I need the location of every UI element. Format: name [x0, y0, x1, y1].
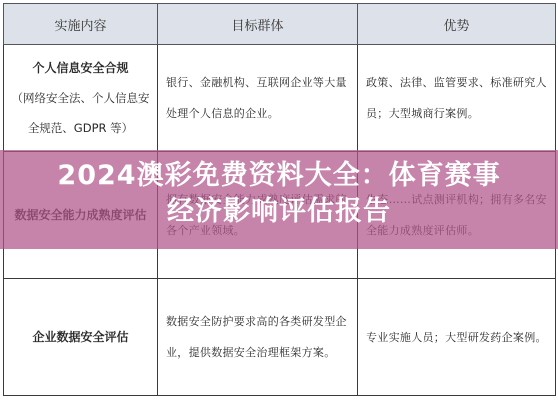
table-row: 企业数据安全评估 数据安全防护要求高的各类研发型企业，提供数据安全治理框架方案。…: [4, 279, 556, 396]
advantage-cell: 专业实施人员；大型研发药企案例。: [358, 279, 556, 396]
header-advantage: 优势: [358, 4, 556, 45]
header-content: 实施内容: [4, 4, 158, 45]
content-cell: 个人信息安全合规 （网络安全法、个人信息安全规范、GDPR 等）: [4, 45, 158, 152]
overlay-title-line-2: 经济影响评估报告: [0, 194, 558, 230]
target-cell: 银行、金融机构、互联网企业等大量处理个人信息的企业。: [158, 45, 358, 152]
table-header-row: 实施内容 目标群体 优势: [4, 4, 556, 45]
content-title: 企业数据安全评估: [10, 322, 151, 352]
target-cell: 数据安全防护要求高的各类研发型企业，提供数据安全治理框架方案。: [158, 279, 358, 396]
overlay-title: 2024澳彩免费资料大全：体育赛事 经济影响评估报告: [0, 158, 558, 230]
header-target: 目标群体: [158, 4, 358, 45]
overlay-title-line-1: 2024澳彩免费资料大全：体育赛事: [0, 158, 558, 194]
advantage-cell: 政策、法律、监管要求、标准研究人员；大型城商行案例。: [358, 45, 556, 152]
table-row: 个人信息安全合规 （网络安全法、个人信息安全规范、GDPR 等） 银行、金融机构…: [4, 45, 556, 152]
content-cell: 企业数据安全评估: [4, 279, 158, 396]
content-subtitle: （网络安全法、个人信息安全规范、GDPR 等）: [10, 83, 151, 143]
content-title: 个人信息安全合规: [10, 53, 151, 83]
